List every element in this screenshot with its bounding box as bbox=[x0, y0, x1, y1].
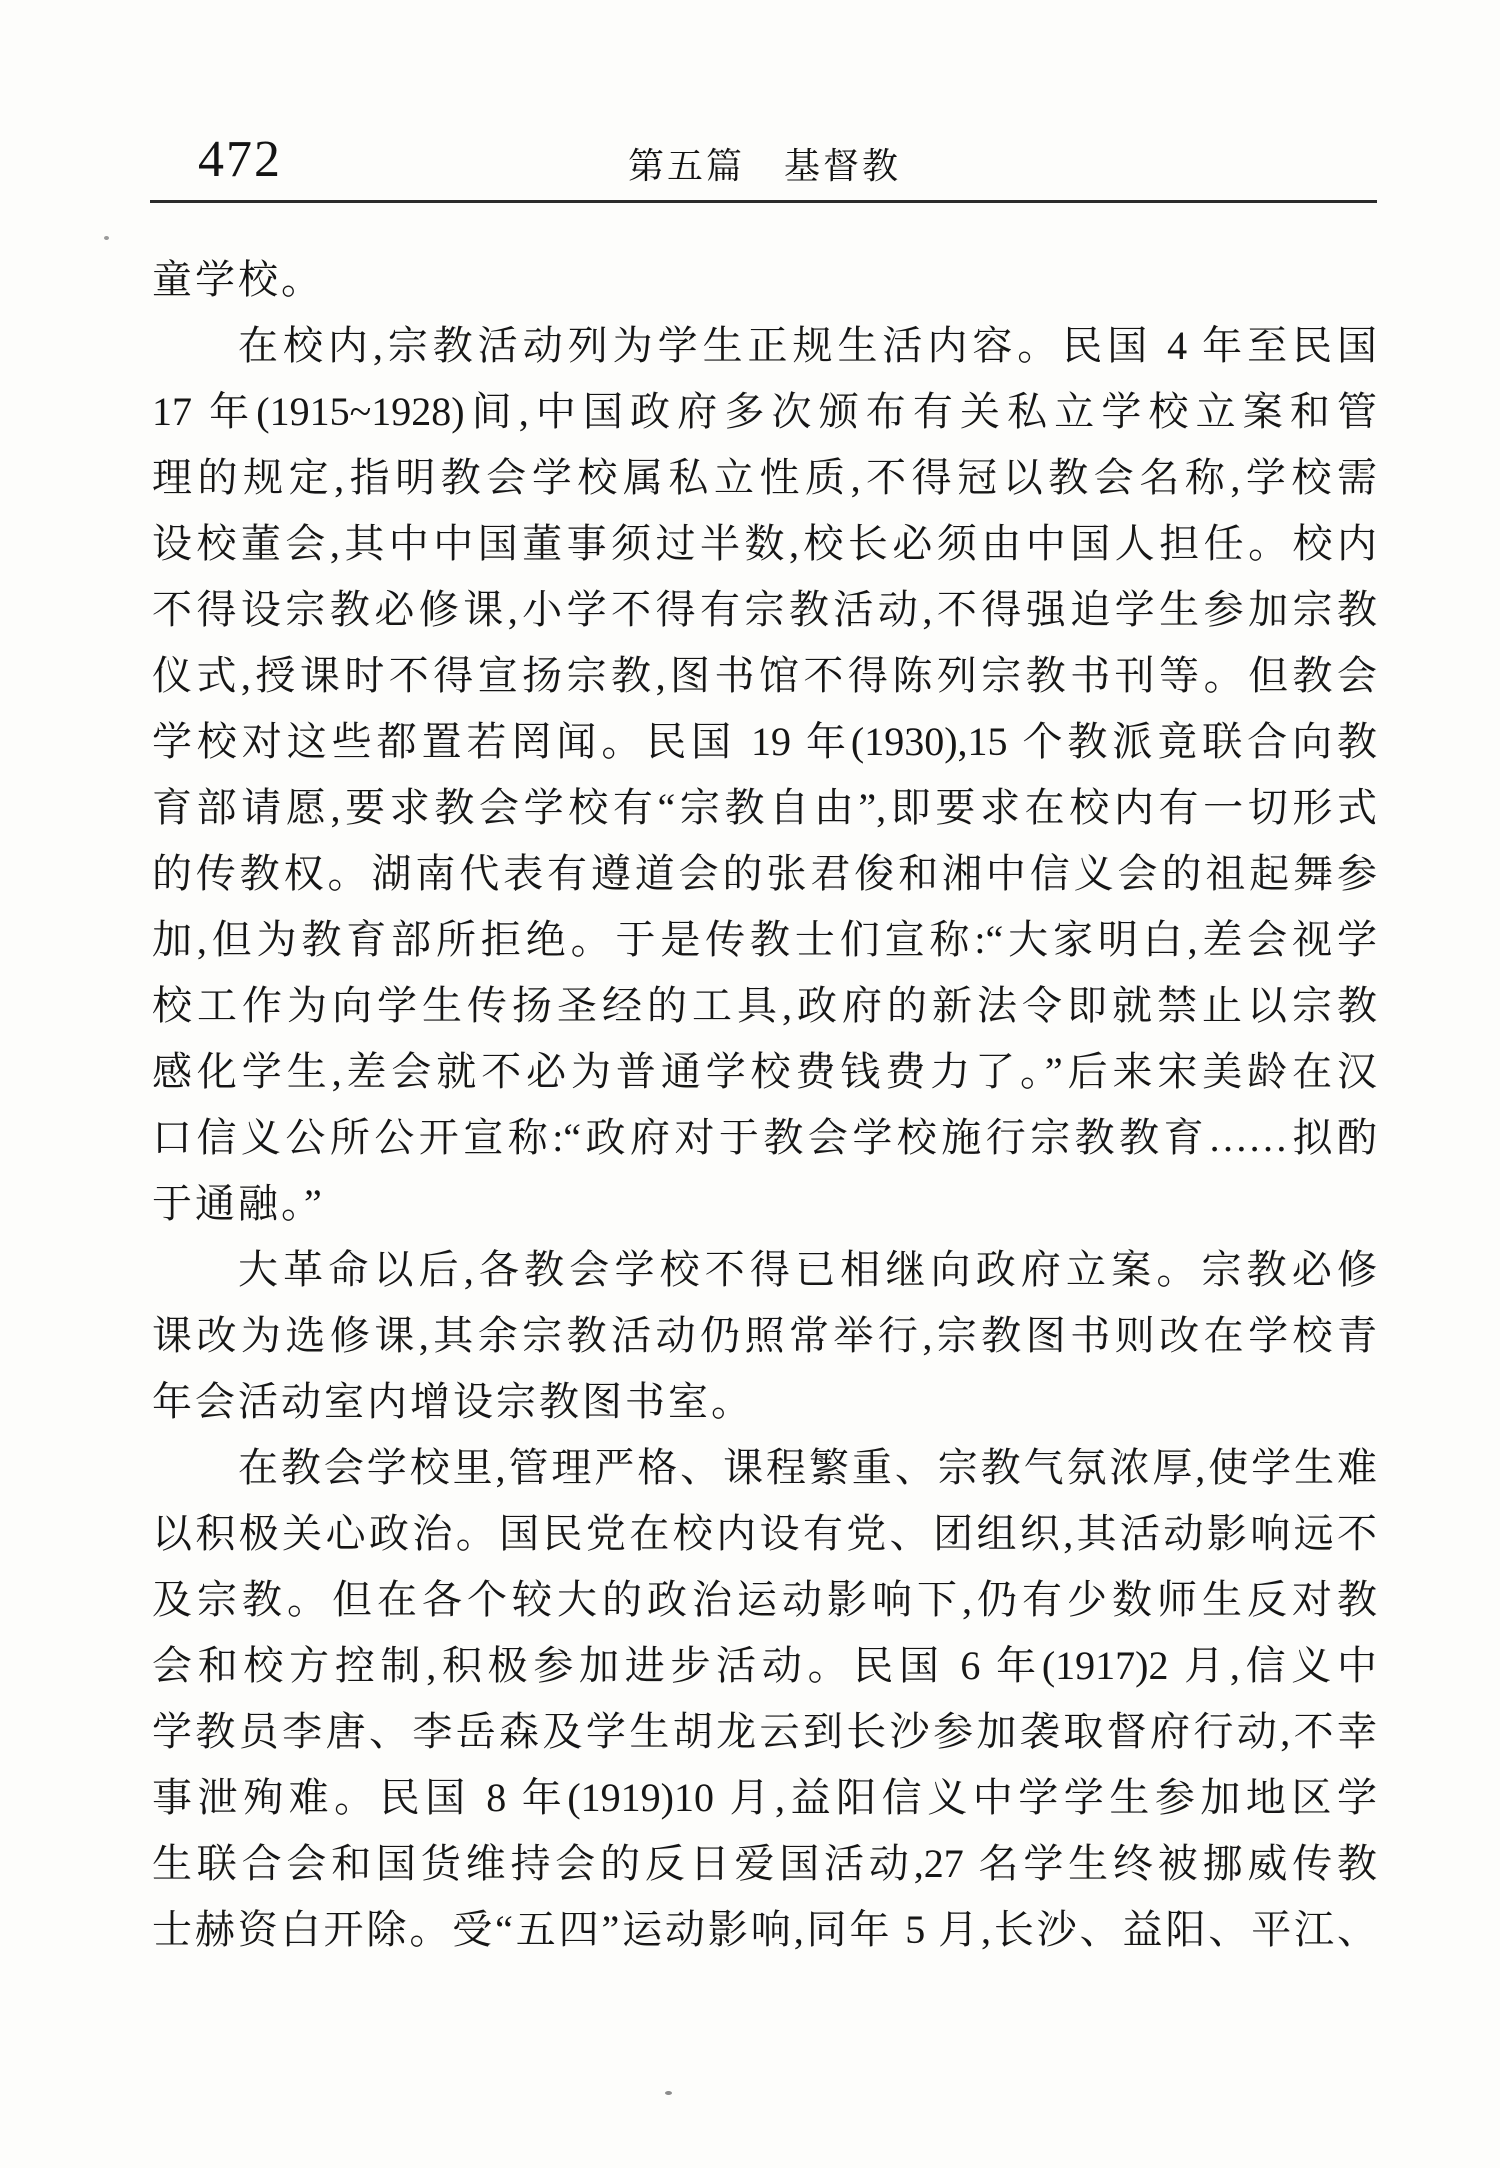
text-line: 口信义公所公开宣称:“政府对于教会学校施行宗教教育……拟酌 bbox=[152, 1105, 1377, 1171]
text-line: 在教会学校里,管理严格、课程繁重、宗教气氛浓厚,使学生难 bbox=[152, 1435, 1377, 1501]
text-line: 事泄殉难。民国 8 年(1919)10 月,益阳信义中学学生参加地区学 bbox=[152, 1765, 1377, 1831]
text-line: 及宗教。但在各个较大的政治运动影响下,仍有少数师生反对教 bbox=[152, 1567, 1377, 1633]
text-line: 在校内,宗教活动列为学生正规生活内容。民国 4 年至民国 bbox=[152, 313, 1377, 379]
text-line: 加,但为教育部所拒绝。于是传教士们宣称:“大家明白,差会视学 bbox=[152, 907, 1377, 973]
text-line: 会和校方控制,积极参加进步活动。民国 6 年(1917)2 月,信义中 bbox=[152, 1633, 1377, 1699]
text-line: 设校董会,其中中国董事须过半数,校长必须由中国人担任。校内 bbox=[152, 511, 1377, 577]
text-line: 的传教权。湖南代表有遵道会的张君俊和湘中信义会的祖起舞参 bbox=[152, 841, 1377, 907]
text-line: 学教员李唐、李岳森及学生胡龙云到长沙参加袭取督府行动,不幸 bbox=[152, 1699, 1377, 1765]
text-line: 大革命以后,各教会学校不得已相继向政府立案。宗教必修 bbox=[152, 1237, 1377, 1303]
text-line: 育部请愿,要求教会学校有“宗教自由”,即要求在校内有一切形式 bbox=[152, 775, 1377, 841]
text-line: 仪式,授课时不得宣扬宗教,图书馆不得陈列宗教书刊等。但教会 bbox=[152, 643, 1377, 709]
text-line: 年会活动室内增设宗教图书室。 bbox=[152, 1369, 1377, 1435]
running-header-title: 第五篇 基督教 bbox=[152, 148, 1377, 184]
text-line: 课改为选修课,其余宗教活动仍照常举行,宗教图书则改在学校青 bbox=[152, 1303, 1377, 1369]
scan-speck bbox=[665, 2091, 672, 2095]
text-line: 于通融。” bbox=[152, 1171, 1377, 1237]
scan-speck bbox=[104, 236, 109, 240]
text-line: 士赫资白开除。受“五四”运动影响,同年 5 月,长沙、益阳、平江、 bbox=[152, 1897, 1377, 1963]
text-line: 以积极关心政治。国民党在校内设有党、团组织,其活动影响远不 bbox=[152, 1501, 1377, 1567]
text-line: 不得设宗教必修课,小学不得有宗教活动,不得强迫学生参加宗教 bbox=[152, 577, 1377, 643]
text-line: 理的规定,指明教会学校属私立性质,不得冠以教会名称,学校需 bbox=[152, 445, 1377, 511]
body-text: 童学校。在校内,宗教活动列为学生正规生活内容。民国 4 年至民国17 年(191… bbox=[152, 247, 1377, 1963]
text-line: 校工作为向学生传扬圣经的工具,政府的新法令即就禁止以宗教 bbox=[152, 973, 1377, 1039]
text-line: 生联合会和国货维持会的反日爱国活动,27 名学生终被挪威传教 bbox=[152, 1831, 1377, 1897]
header-rule bbox=[150, 200, 1377, 203]
text-line: 学校对这些都置若罔闻。民国 19 年(1930),15 个教派竟联合向教 bbox=[152, 709, 1377, 775]
text-line: 17 年(1915~1928)间,中国政府多次颁布有关私立学校立案和管 bbox=[152, 379, 1377, 445]
book-page: 472 第五篇 基督教 童学校。在校内,宗教活动列为学生正规生活内容。民国 4 … bbox=[0, 0, 1500, 2168]
text-line: 感化学生,差会就不必为普通学校费钱费力了。”后来宋美龄在汉 bbox=[152, 1039, 1377, 1105]
text-line: 童学校。 bbox=[152, 247, 1377, 313]
